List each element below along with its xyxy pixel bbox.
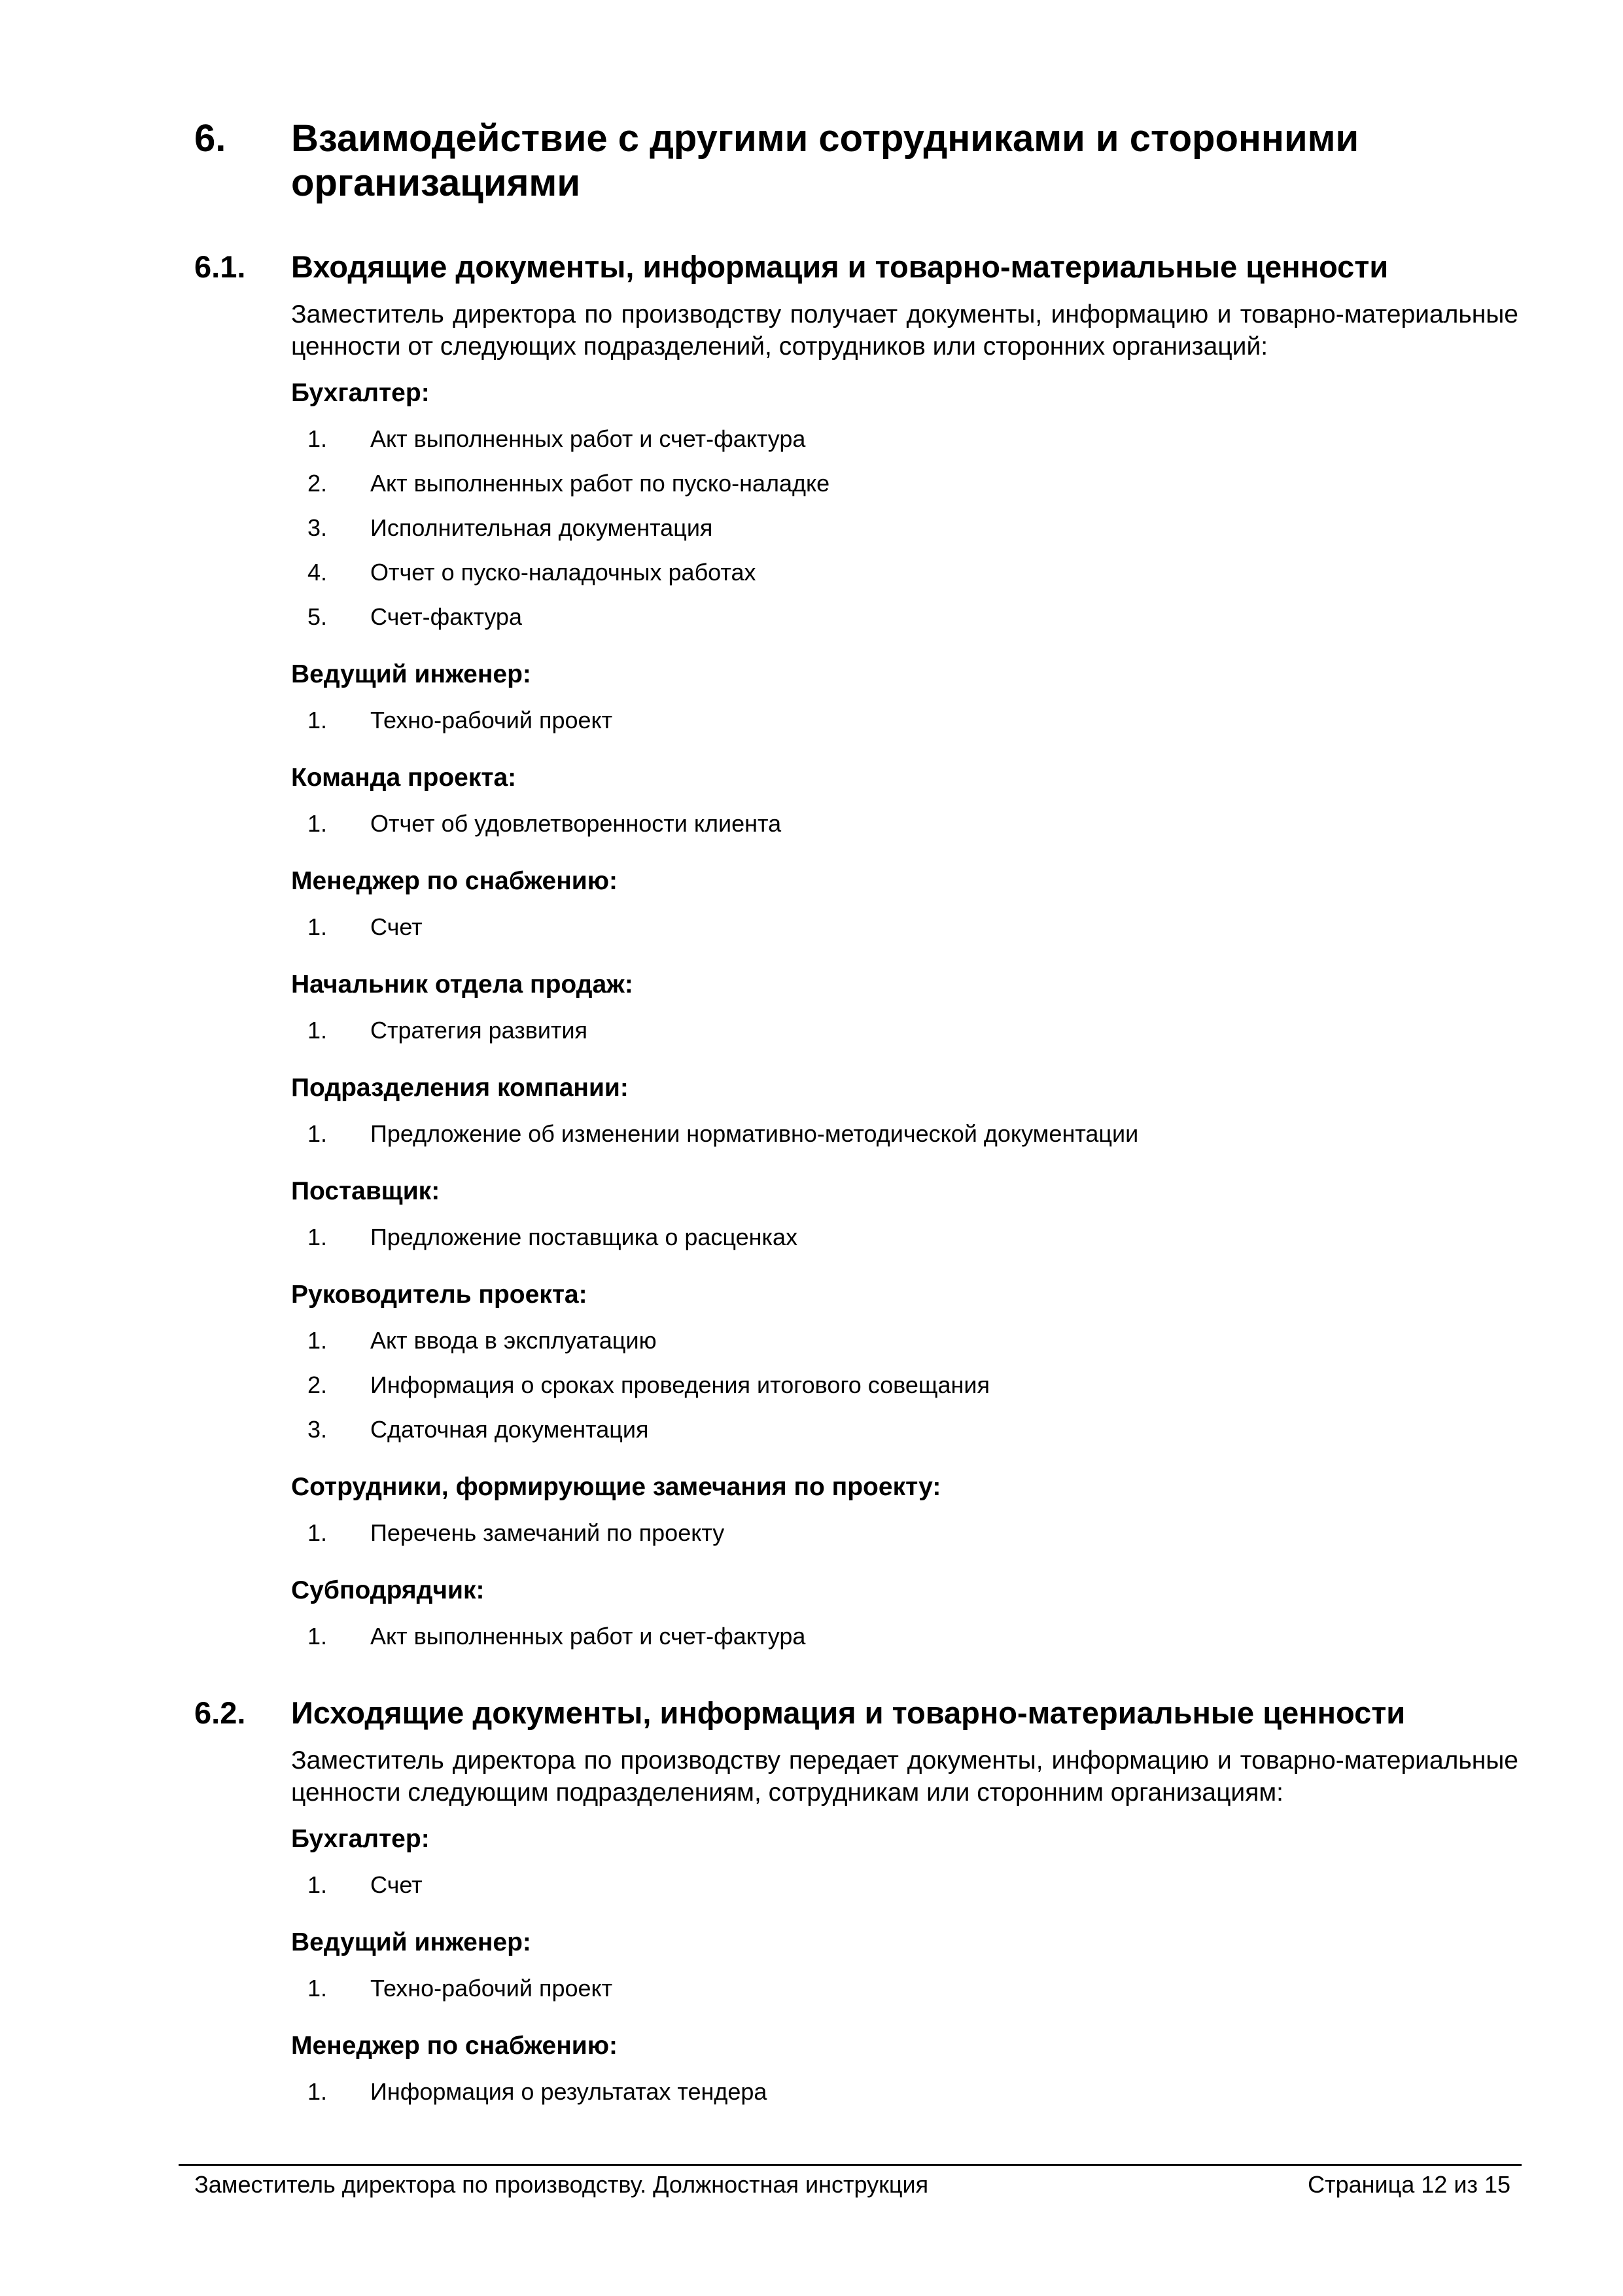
group-title: Менеджер по снабжению: xyxy=(291,866,1535,896)
group-title: Субподрядчик: xyxy=(291,1576,1535,1606)
list-item-number: 1. xyxy=(307,1224,370,1251)
group-title: Подразделения компании: xyxy=(291,1073,1535,1103)
document-page: 6. Взаимодействие с другими сотрудниками… xyxy=(0,0,1623,2296)
list-item-number: 3. xyxy=(307,1416,370,1443)
section-number: 6.1. xyxy=(194,249,291,285)
list-item-text: Акт выполненных работ по пуско-наладке xyxy=(370,470,829,497)
list-item-text: Отчет об удовлетворенности клиента xyxy=(370,810,781,838)
list-item-text: Исполнительная документация xyxy=(370,514,712,542)
list-item-number: 1. xyxy=(307,1975,370,2002)
recipient-group: Ведущий инженер:1.Техно-рабочий проект xyxy=(194,660,1535,747)
list-item: 1.Акт ввода в эксплуатацию xyxy=(307,1327,1535,1354)
document-list: 1.Предложение поставщика о расценках xyxy=(194,1224,1535,1251)
group-title: Бухгалтер: xyxy=(291,378,1535,408)
document-list: 1.Техно-рабочий проект xyxy=(194,707,1535,734)
list-item: 1.Счет xyxy=(307,913,1535,941)
chapter-heading: 6. Взаимодействие с другими сотрудниками… xyxy=(194,116,1535,205)
section-incoming: 6.1.Входящие документы, информация и тов… xyxy=(194,249,1535,1663)
footer-page-number: Страница 12 из 15 xyxy=(1308,2171,1510,2199)
recipient-group: Субподрядчик:1.Акт выполненных работ и с… xyxy=(194,1576,1535,1663)
section-intro: Заместитель директора по производству по… xyxy=(291,298,1518,362)
list-item: 1.Акт выполненных работ и счет-фактура xyxy=(307,1623,1535,1650)
list-item-text: Информация о результатах тендера xyxy=(370,2078,767,2106)
document-list: 1.Информация о результатах тендера xyxy=(194,2078,1535,2106)
recipient-group: Команда проекта:1.Отчет об удовлетворенн… xyxy=(194,763,1535,851)
section-heading: 6.2.Исходящие документы, информация и то… xyxy=(194,1695,1535,1731)
list-item-text: Сдаточная документация xyxy=(370,1416,648,1443)
recipient-group: Ведущий инженер:1.Техно-рабочий проект xyxy=(194,1928,1535,2015)
list-item: 1.Информация о результатах тендера xyxy=(307,2078,1535,2106)
chapter-number: 6. xyxy=(194,116,291,205)
document-list: 1.Отчет об удовлетворенности клиента xyxy=(194,810,1535,838)
recipient-group: Бухгалтер:1.Акт выполненных работ и счет… xyxy=(194,378,1535,644)
group-title: Ведущий инженер: xyxy=(291,660,1535,690)
document-list: 1.Акт ввода в эксплуатацию2.Информация о… xyxy=(194,1327,1535,1443)
list-item-number: 1. xyxy=(307,1519,370,1547)
recipient-group: Подразделения компании:1.Предложение об … xyxy=(194,1073,1535,1161)
document-list: 1.Счет xyxy=(194,913,1535,941)
recipient-group: Поставщик:1.Предложение поставщика о рас… xyxy=(194,1176,1535,1264)
list-item: 1.Акт выполненных работ и счет-фактура xyxy=(307,425,1535,453)
list-item-text: Акт ввода в эксплуатацию xyxy=(370,1327,657,1354)
list-item-number: 1. xyxy=(307,707,370,734)
list-item-number: 1. xyxy=(307,2078,370,2106)
document-list: 1.Счет xyxy=(194,1871,1535,1899)
list-item-number: 1. xyxy=(307,1871,370,1899)
section-intro: Заместитель директора по производству пе… xyxy=(291,1744,1518,1809)
group-title: Ведущий инженер: xyxy=(291,1928,1535,1958)
document-list: 1.Предложение об изменении нормативно-ме… xyxy=(194,1120,1535,1148)
list-item-number: 1. xyxy=(307,1120,370,1148)
list-item: 5.Счет-фактура xyxy=(307,603,1535,631)
section-outgoing: 6.2.Исходящие документы, информация и то… xyxy=(194,1695,1535,2119)
list-item-text: Акт выполненных работ и счет-фактура xyxy=(370,425,805,453)
footer-document-title: Заместитель директора по производству. Д… xyxy=(194,2171,928,2199)
list-item-number: 1. xyxy=(307,425,370,453)
list-item-number: 5. xyxy=(307,603,370,631)
list-item-number: 1. xyxy=(307,1327,370,1354)
recipient-group: Менеджер по снабжению:1.Счет xyxy=(194,866,1535,954)
group-title: Поставщик: xyxy=(291,1176,1535,1207)
group-title: Сотрудники, формирующие замечания по про… xyxy=(291,1472,1535,1502)
page-footer: Заместитель директора по производству. Д… xyxy=(194,2171,1510,2199)
recipient-group: Руководитель проекта:1.Акт ввода в экспл… xyxy=(194,1280,1535,1457)
list-item-number: 1. xyxy=(307,1623,370,1650)
recipient-group: Бухгалтер:1.Счет xyxy=(194,1824,1535,1912)
list-item-number: 1. xyxy=(307,913,370,941)
list-item: 3.Исполнительная документация xyxy=(307,514,1535,542)
group-title: Бухгалтер: xyxy=(291,1824,1535,1854)
list-item-text: Стратегия развития xyxy=(370,1017,587,1044)
list-item-text: Техно-рабочий проект xyxy=(370,707,612,734)
list-item-number: 3. xyxy=(307,514,370,542)
group-title: Команда проекта: xyxy=(291,763,1535,793)
list-item: 1.Стратегия развития xyxy=(307,1017,1535,1044)
document-list: 1.Перечень замечаний по проекту xyxy=(194,1519,1535,1547)
list-item-text: Техно-рабочий проект xyxy=(370,1975,612,2002)
list-item-text: Предложение поставщика о расценках xyxy=(370,1224,797,1251)
list-item: 1.Счет xyxy=(307,1871,1535,1899)
group-title: Руководитель проекта: xyxy=(291,1280,1535,1310)
list-item: 1.Предложение об изменении нормативно-ме… xyxy=(307,1120,1535,1148)
recipient-group: Сотрудники, формирующие замечания по про… xyxy=(194,1472,1535,1560)
section-title: Исходящие документы, информация и товарн… xyxy=(291,1695,1405,1731)
list-item: 4.Отчет о пуско-наладочных работах xyxy=(307,559,1535,586)
list-item: 1.Перечень замечаний по проекту xyxy=(307,1519,1535,1547)
document-list: 1.Акт выполненных работ и счет-фактура2.… xyxy=(194,425,1535,631)
list-item: 2.Информация о сроках проведения итогово… xyxy=(307,1371,1535,1399)
list-item: 3.Сдаточная документация xyxy=(307,1416,1535,1443)
list-item: 1.Отчет об удовлетворенности клиента xyxy=(307,810,1535,838)
section-title: Входящие документы, информация и товарно… xyxy=(291,249,1388,285)
list-item-text: Предложение об изменении нормативно-мето… xyxy=(370,1120,1138,1148)
list-item: 1.Техно-рабочий проект xyxy=(307,1975,1535,2002)
group-title: Менеджер по снабжению: xyxy=(291,2031,1535,2061)
chapter-title: Взаимодействие с другими сотрудниками и … xyxy=(291,116,1535,205)
list-item-number: 1. xyxy=(307,1017,370,1044)
list-item: 1.Техно-рабочий проект xyxy=(307,707,1535,734)
list-item-text: Акт выполненных работ и счет-фактура xyxy=(370,1623,805,1650)
section-number: 6.2. xyxy=(194,1695,291,1731)
document-list: 1.Техно-рабочий проект xyxy=(194,1975,1535,2002)
group-title: Начальник отдела продаж: xyxy=(291,970,1535,1000)
list-item: 1.Предложение поставщика о расценках xyxy=(307,1224,1535,1251)
footer-divider xyxy=(179,2164,1522,2166)
list-item-text: Счет-фактура xyxy=(370,603,522,631)
list-item-text: Отчет о пуско-наладочных работах xyxy=(370,559,756,586)
recipient-group: Начальник отдела продаж:1.Стратегия разв… xyxy=(194,970,1535,1057)
list-item-text: Перечень замечаний по проекту xyxy=(370,1519,724,1547)
document-list: 1.Акт выполненных работ и счет-фактура xyxy=(194,1623,1535,1650)
list-item: 2.Акт выполненных работ по пуско-наладке xyxy=(307,470,1535,497)
list-item-text: Счет xyxy=(370,1871,423,1899)
list-item-number: 1. xyxy=(307,810,370,838)
section-heading: 6.1.Входящие документы, информация и тов… xyxy=(194,249,1535,285)
list-item-text: Информация о сроках проведения итогового… xyxy=(370,1371,990,1399)
document-list: 1.Стратегия развития xyxy=(194,1017,1535,1044)
recipient-group: Менеджер по снабжению:1.Информация о рез… xyxy=(194,2031,1535,2119)
list-item-number: 2. xyxy=(307,470,370,497)
list-item-number: 4. xyxy=(307,559,370,586)
list-item-number: 2. xyxy=(307,1371,370,1399)
list-item-text: Счет xyxy=(370,913,423,941)
